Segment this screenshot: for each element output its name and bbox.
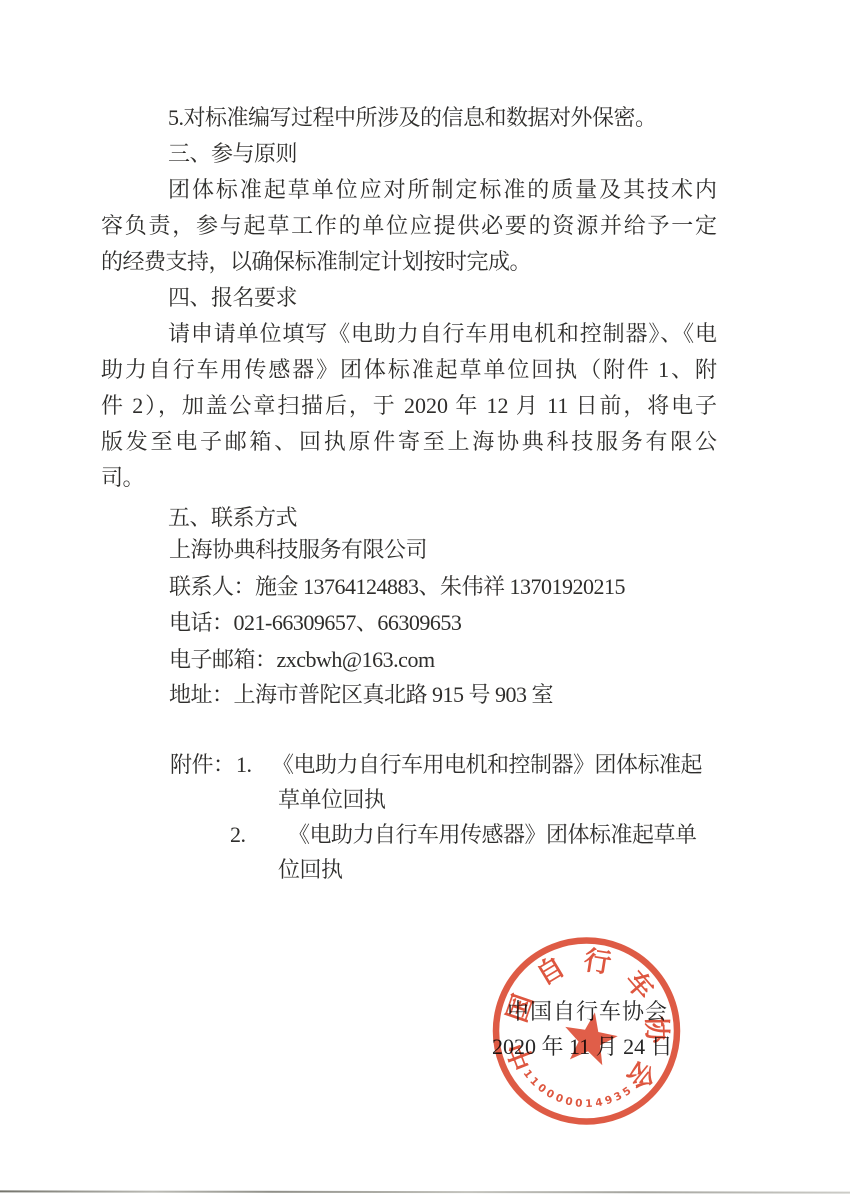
- document-line: 助力自行车用传感器》团体标准起草单位回执（附件 1、附: [101, 356, 717, 384]
- document-line: 版发至电子邮箱、回执原件寄至上海协典科技服务有限公: [101, 428, 717, 456]
- document-line: 的经费支持，以确保标准制定计划按时完成。: [101, 248, 531, 276]
- section-heading-3: 三、参与原则: [168, 140, 297, 168]
- attachment-item-2-title-cont: 位回执: [278, 856, 343, 884]
- seal-serial: 1100000149359: [483, 932, 636, 1110]
- official-seal: 中国自行车协会 1100000149359: [483, 932, 693, 1142]
- section-heading-5: 五、联系方式: [168, 504, 297, 532]
- attachment-item-1-title: 《电助力自行车用电机和控制器》团体标准起: [272, 751, 702, 779]
- document-line: 团体标准起草单位应对所制定标准的质量及其技术内: [168, 176, 717, 204]
- scan-edge-line: [0, 1190, 850, 1193]
- document-line: 容负责，参与起草工作的单位应提供必要的资源并给予一定: [101, 212, 717, 240]
- contact-company: 上海协典科技服务有限公司: [169, 536, 427, 564]
- contact-person: 联系人：施金 13764124883、朱伟祥 13701920215: [169, 573, 625, 601]
- seal-arc-char: 国: [502, 991, 539, 1026]
- official-seal-graphic: 中国自行车协会 1100000149359: [483, 932, 693, 1142]
- document-line: 件 2），加盖公章扫描后，于 2020 年 12 月 11 日前，将电子: [101, 392, 717, 420]
- seal-arc-char: 中: [502, 1038, 540, 1074]
- seal-arc-char: 协: [641, 1016, 671, 1045]
- contact-address: 地址：上海市普陀区真北路 915 号 903 室: [169, 681, 553, 709]
- contact-email: 电子邮箱：zxcbwh@163.com: [169, 646, 435, 674]
- document-page: 5.对标准编写过程中所涉及的信息和数据对外保密。 三、参与原则 团体标准起草单位…: [0, 0, 850, 1200]
- document-line: 5.对标准编写过程中所涉及的信息和数据对外保密。: [168, 104, 657, 132]
- attachment-label: 附件：: [170, 751, 235, 779]
- document-line: 司。: [101, 464, 144, 492]
- star-icon: [565, 1012, 617, 1065]
- attachment-item-2-number: 2.: [230, 821, 246, 849]
- document-line: 请申请单位填写《电助力自行车用电机和控制器》、《电: [168, 320, 717, 348]
- attachment-item-1-number: 1.: [236, 751, 252, 779]
- attachment-item-1-title-cont: 草单位回执: [278, 786, 386, 814]
- contact-phone: 电话：021-66309657、66309653: [169, 609, 461, 637]
- section-heading-4: 四、报名要求: [168, 284, 297, 312]
- attachment-item-2-title: 《电助力自行车用传感器》团体标准起草单: [288, 821, 697, 849]
- seal-arc-char: 行: [582, 945, 613, 979]
